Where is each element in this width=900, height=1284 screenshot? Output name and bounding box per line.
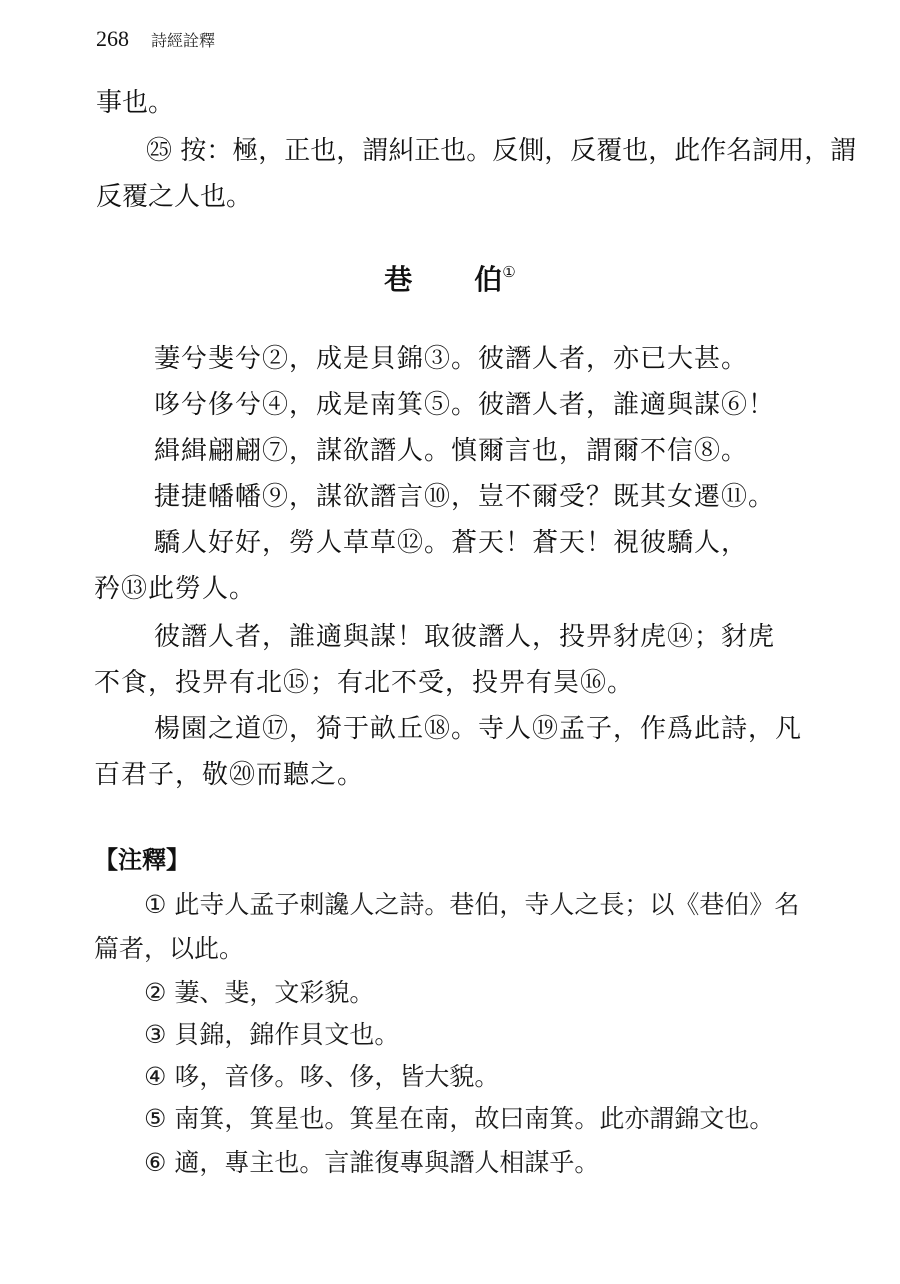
poem-line: 哆兮侈兮④，成是南箕⑤。彼譖人者，誰適與謀⑥！ xyxy=(154,388,775,422)
note-item: ① 此寺人孟子刺讒人之詩。巷伯，寺人之長；以《巷伯》名 xyxy=(144,888,799,922)
poem-title: 巷伯① xyxy=(0,258,900,298)
poem-line: 萋兮斐兮②，成是貝錦③。彼譖人者，亦已大甚。 xyxy=(154,342,748,376)
note-item: ⑥ 適，專主也。言誰復專與譖人相謀乎。 xyxy=(144,1146,599,1180)
note-item: ② 萋、斐，文彩貌。 xyxy=(144,976,374,1010)
title-char: 巷 xyxy=(384,263,412,296)
poem-line: 捷捷幡幡⑨，謀欲譖言⑩，豈不爾受？既其女遷⑪。 xyxy=(154,480,775,514)
prev-note-line: 事也。 xyxy=(96,86,174,120)
poem-line: 楊園之道⑰，猗于畝丘⑱。寺人⑲孟子，作爲此詩，凡 xyxy=(154,712,802,746)
poem-line: 緝緝翩翩⑦，謀欲譖人。慎爾言也，謂爾不信⑧。 xyxy=(154,434,748,468)
running-header: 268 詩經詮釋 xyxy=(96,26,215,56)
note-item: 篇者，以此。 xyxy=(94,932,244,966)
prev-note-line: 反覆之人也。 xyxy=(96,180,252,214)
page-number: 268 xyxy=(96,26,129,52)
prev-note-line: ㉕ 按：極，正也，謂糾正也。反側，反覆也，此作名詞用，謂 xyxy=(146,134,856,168)
poem-line: 不食，投畀有北⑮；有北不受，投畀有昊⑯。 xyxy=(94,666,634,700)
book-title: 詩經詮釋 xyxy=(151,28,215,51)
poem-line: 矜⑬此勞人。 xyxy=(94,572,256,606)
footnote-ref: ① xyxy=(502,263,515,281)
note-item: ④ 哆，音侈。哆、侈，皆大貌。 xyxy=(144,1060,499,1094)
poem-line: 彼譖人者，誰適與謀！取彼譖人，投畀豺虎⑭；豺虎 xyxy=(154,620,775,654)
notes-heading: 【注釋】 xyxy=(94,840,190,875)
poem-line: 百君子，敬⑳而聽之。 xyxy=(94,758,364,792)
title-char: 伯 xyxy=(474,263,502,296)
note-item: ⑤ 南箕，箕星也。箕星在南，故曰南箕。此亦謂錦文也。 xyxy=(144,1102,774,1136)
note-item: ③ 貝錦，錦作貝文也。 xyxy=(144,1018,399,1052)
poem-line: 驕人好好，勞人草草⑫。蒼天！蒼天！視彼驕人， xyxy=(154,526,748,560)
